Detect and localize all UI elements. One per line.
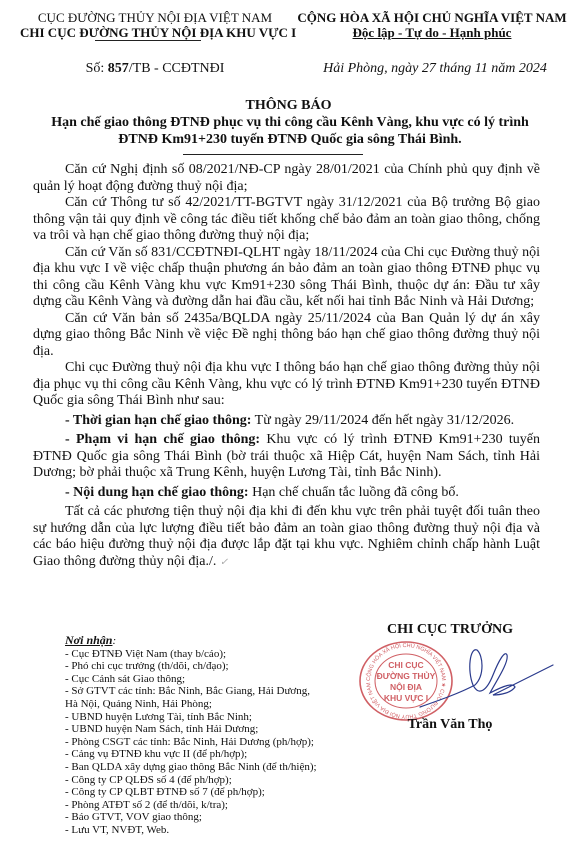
- recipient-item: - Lưu VT, NVĐT, Web.: [65, 824, 325, 837]
- recipient-item: - Cục Cảnh sát Giao thông;: [65, 673, 325, 686]
- recipient-item: - Cục ĐTNĐ Việt Nam (thay b/cáo);: [65, 648, 325, 661]
- parent-agency: CỤC ĐƯỜNG THỦY NỘI ĐỊA VIỆT NAM: [20, 10, 290, 25]
- legal-basis-1: Căn cứ Nghị định số 08/2021/NĐ-CP ngày 2…: [33, 162, 540, 195]
- recipient-item: - Ban QLDA xây dựng giao thông Bắc Ninh …: [65, 761, 325, 774]
- restriction-time-value: Từ ngày 29/11/2024 đến hết ngày 31/12/20…: [251, 413, 514, 428]
- restriction-scope-label: - Phạm vi hạn chế giao thông:: [65, 432, 260, 447]
- issuing-agency: CHI CỤC ĐƯỜNG THỦY NỘI ĐỊA KHU VỰC I: [20, 25, 290, 40]
- document-body: Căn cứ Nghị định số 08/2021/NĐ-CP ngày 2…: [33, 162, 540, 571]
- recipients-list: Nơi nhận: - Cục ĐTNĐ Việt Nam (thay b/cá…: [65, 634, 325, 837]
- national-header-block: CỘNG HÒA XÃ HỘI CHỦ NGHĨA VIỆT NAM Độc l…: [288, 10, 576, 40]
- national-motto: Độc lập - Tự do - Hạnh phúc: [288, 25, 576, 40]
- agency-underline: [95, 40, 201, 41]
- recipient-item: - Công ty CP QLBT ĐTNĐ số 7 (để ph/hợp);: [65, 786, 325, 799]
- signer-title: CHI CỤC TRƯỞNG: [355, 622, 545, 638]
- restriction-scope: - Phạm vi hạn chế giao thông: Khu vực có…: [33, 432, 540, 482]
- legal-basis-4: Căn cứ Văn bản số 2435a/BQLDA ngày 25/11…: [33, 311, 540, 361]
- recipient-item: - Phó chi cục trưởng (th/dõi, ch/đạo);: [65, 660, 325, 673]
- recipient-item: - Báo GTVT, VOV giao thông;: [65, 811, 325, 824]
- closing-paragraph: Tất cả các phương tiện thuỷ nội địa khi …: [33, 504, 540, 571]
- recipients-colon: :: [112, 635, 116, 647]
- recipient-item: - Phòng ATĐT số 2 (để th/dõi, k/tra);: [65, 799, 325, 812]
- recipient-item: - Cảng vụ ĐTNĐ khu vực II (để ph/hợp);: [65, 748, 325, 761]
- recipient-item: - Sở GTVT các tỉnh: Bắc Ninh, Bắc Giang,…: [65, 685, 325, 710]
- recipient-item: - UBND huyện Nam Sách, tỉnh Hải Dương;: [65, 723, 325, 736]
- legal-basis-3: Căn cứ Văn số 831/CCĐTNĐI-QLHT ngày 18/1…: [33, 245, 540, 311]
- document-subject: Hạn chế giao thông ĐTNĐ phục vụ thi công…: [50, 114, 530, 148]
- recipient-item: - UBND huyện Lương Tài, tỉnh Bắc Ninh;: [65, 711, 325, 724]
- doc-number-value: 857: [108, 61, 129, 76]
- recipient-item: - Công ty CP QLĐS số 4 (để ph/hợp);: [65, 774, 325, 787]
- recipient-item: - Phòng CSGT các tỉnh: Bắc Ninh, Hải Dươ…: [65, 736, 325, 749]
- handwritten-signature-icon: [415, 645, 555, 715]
- signer-name: Trần Văn Thọ: [370, 717, 530, 733]
- national-title: CỘNG HÒA XÃ HỘI CHỦ NGHĨA VIỆT NAM: [288, 10, 576, 25]
- restriction-content-label: - Nội dung hạn chế giao thông:: [65, 485, 249, 500]
- announcement-intro: Chi cục Đường thuỷ nội địa khu vực I thô…: [33, 360, 540, 410]
- issuing-agency-block: CỤC ĐƯỜNG THỦY NỘI ĐỊA VIỆT NAM CHI CỤC …: [20, 10, 290, 40]
- subject-underline: [183, 154, 363, 155]
- restriction-time: - Thời gian hạn chế giao thông: Từ ngày …: [33, 413, 540, 430]
- restriction-content: - Nội dung hạn chế giao thông: Hạn chế c…: [33, 485, 540, 502]
- recipients-label: Nơi nhận: [65, 633, 112, 647]
- legal-basis-2: Căn cứ Thông tư số 42/2021/TT-BGTVT ngày…: [33, 195, 540, 245]
- place-date: Hải Phòng, ngày 27 tháng 11 năm 2024: [300, 61, 570, 77]
- document-heading: THÔNG BÁO: [0, 98, 577, 114]
- doc-number-suffix: /TB - CCĐTNĐI: [129, 61, 225, 76]
- restriction-content-value: Hạn chế chuẩn tắc luồng đã công bố.: [249, 485, 459, 500]
- recipients-heading: Nơi nhận:: [65, 634, 325, 648]
- closing-text: Tất cả các phương tiện thuỷ nội địa khi …: [33, 504, 540, 569]
- restriction-time-label: - Thời gian hạn chế giao thông:: [65, 413, 251, 428]
- document-number: Số: 857/TB - CCĐTNĐI: [20, 61, 290, 77]
- initial-mark-icon: ✓: [220, 557, 228, 568]
- doc-number-prefix: Số:: [86, 61, 108, 76]
